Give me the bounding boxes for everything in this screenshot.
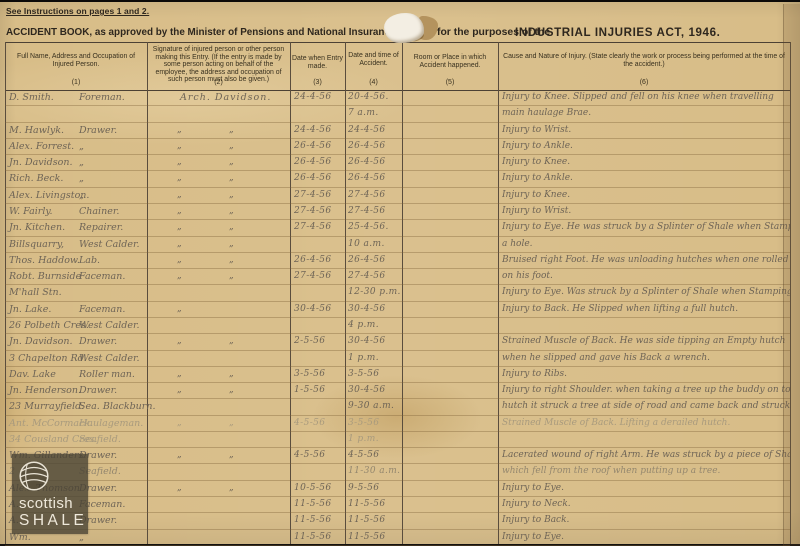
page-edge-shadow (784, 4, 800, 544)
page-title-act: INDUSTRIAL INJURIES ACT, 1946. (515, 26, 720, 39)
cell-name: Robt. Burnside (9, 271, 81, 282)
cell-accident-date: 3-5-56 (348, 418, 379, 428)
table-row: A.Drawer.11-5-5611-5-56Injury to Back. (5, 513, 790, 529)
cell-entry-date: 4-5-56 (294, 450, 325, 460)
cell-name: M. Hawlyk. (9, 125, 64, 136)
watermark-text-scottish: scottish (19, 495, 73, 512)
ditto-mark: „ (229, 173, 234, 183)
ditto-mark: „ (229, 450, 234, 460)
cell-accident-date: 26-4-56 (348, 173, 386, 183)
cell-accident-date: 26-4-56 (348, 141, 386, 151)
cell-occupation: „ (79, 157, 84, 168)
table-row: W. Fairly.Chainer.„„27-4-5627-4-56Injury… (5, 204, 790, 220)
table-row: 34 Cousland Cres.Seafield.1 p.m. (5, 432, 790, 448)
cell-occupation: Chainer. (79, 206, 119, 217)
cell-cause: Strained Muscle of Back. Lifting a derai… (502, 418, 730, 428)
cell-entry-date: 26-4-56 (294, 141, 332, 151)
table-row: Jn. Davidson.Drawer.„„2-5-5630-4-56Strai… (5, 334, 790, 350)
ditto-mark: „ (177, 255, 182, 265)
cell-accident-date: 11-5-56 (348, 532, 386, 542)
cell-cause: Injury to Eye. (502, 483, 564, 493)
cell-entry-date: 26-4-56 (294, 255, 332, 265)
cell-accident-date: 9-30 a.m. (348, 401, 394, 411)
ditto-mark: „ (229, 222, 234, 232)
table-row: Jn. Kitchen.Repairer.„„27-4-5625-4-56.In… (5, 220, 790, 236)
cell-accident-date: 11-5-56 (348, 515, 386, 525)
cell-cause: Injury to Neck. (502, 499, 571, 509)
ditto-mark: „ (229, 483, 234, 493)
cell-cause: Injury to Ribs. (502, 369, 567, 379)
cell-occupation: „ (79, 190, 84, 201)
table-row: Alex. Forrest.„„„26-4-5626-4-56Injury to… (5, 139, 790, 155)
cell-occupation: Faceman. (79, 271, 125, 282)
cell-occupation: Foreman. (79, 92, 125, 103)
cell-cause: on his foot. (502, 271, 553, 281)
table-row: M. Hawlyk.Drawer.„„24-4-5624-4-56Injury … (5, 123, 790, 139)
table-row: Rich. Beck.„„„26-4-5626-4-56Injury to An… (5, 171, 790, 187)
cell-accident-date: 12-30 p.m. (348, 287, 401, 297)
cell-cause: Injury to Knee. (502, 190, 570, 200)
cell-name: Jn. Davidson. (9, 336, 72, 347)
ditto-mark: „ (177, 369, 182, 379)
cell-accident-date: 27-4-56 (348, 271, 386, 281)
cell-entry-date: 11-5-56 (294, 499, 332, 509)
table-row: Wm.„11-5-5611-5-56Injury to Eye. (5, 530, 790, 544)
cell-entry-date: 10-5-56 (294, 483, 332, 493)
cell-accident-date: 30-4-56 (348, 304, 386, 314)
instructions-note: See Instructions on pages 1 and 2. (6, 6, 149, 16)
cell-accident-date: 11-5-56 (348, 499, 386, 509)
cell-accident-date: 30-4-56 (348, 336, 386, 346)
cell-accident-date: 9-5-56 (348, 483, 379, 493)
cell-accident-date: 4 p.m. (348, 320, 379, 330)
ditto-mark: „ (177, 336, 182, 346)
ditto-mark: „ (177, 173, 182, 183)
cell-accident-date: 4-5-56 (348, 450, 379, 460)
cell-occupation: Sea. Blackburn. (79, 401, 155, 412)
ditto-mark: „ (177, 239, 182, 249)
paper-hole (384, 13, 424, 43)
cell-name: Alex. Forrest. (9, 141, 74, 152)
cell-accident-date: 11-30 a.m. (348, 466, 400, 476)
ditto-mark: „ (177, 222, 182, 232)
cell-cause: Bruised right Foot. He was unloading hut… (502, 255, 790, 265)
ditto-mark: „ (229, 190, 234, 200)
table-row: D. Smith.Foreman.Arch. Davidson.24-4-562… (5, 90, 790, 106)
cell-accident-date: 30-4-56 (348, 385, 386, 395)
scan-border (0, 0, 800, 2)
ditto-mark: „ (177, 450, 182, 460)
cell-entry-date: 3-5-56 (294, 369, 325, 379)
cell-name: Jn. Henderson. (9, 385, 81, 396)
ditto-mark: „ (229, 385, 234, 395)
column-header-6: Cause and Nature of Injury. (State clear… (499, 43, 789, 90)
cell-entry-date: 4-5-56 (294, 418, 325, 428)
ditto-mark: „ (177, 157, 182, 167)
cell-accident-date: 27-4-56 (348, 206, 386, 216)
table-row: Wm. Gillanders.Drawer.„„4-5-564-5-56Lace… (5, 448, 790, 464)
cell-cause: Injury to right Shoulder. when taking a … (502, 385, 790, 395)
cell-cause: Injury to Eye. He was struck by a Splint… (502, 222, 790, 232)
cell-entry-date: 27-4-56 (294, 206, 332, 216)
ditto-mark: „ (229, 239, 234, 249)
cell-accident-date: 20-4-56. (348, 92, 389, 102)
ditto-mark: „ (177, 483, 182, 493)
cell-entry-date: 24-4-56 (294, 92, 332, 102)
ditto-mark: „ (177, 418, 182, 428)
table-row: 26 Polbeth Cres.West Calder.4 p.m. (5, 318, 790, 334)
cell-name: 26 Polbeth Cres. (9, 320, 89, 331)
cell-name: Alex. Livingston. (9, 190, 89, 201)
cell-cause: which fell from the roof when putting up… (502, 466, 720, 476)
table-row: Alex. Livingston.„„„27-4-5627-4-56Injury… (5, 188, 790, 204)
cell-cause: Strained Muscle of Back. He was side tip… (502, 336, 785, 346)
ditto-mark: „ (177, 190, 182, 200)
ditto-mark: „ (177, 125, 182, 135)
table-row: 7 a.m.main haulage Brae. (5, 106, 790, 122)
cell-name: Thos. Haddow. (9, 255, 80, 266)
cell-cause: Injury to Knee. (502, 157, 570, 167)
cell-entry-date: 27-4-56 (294, 222, 332, 232)
cell-name: Jn. Lake. (9, 304, 51, 315)
table-row: Ant. McCormack.Haulageman.„„4-5-563-5-56… (5, 416, 790, 432)
table-row: Dav. LakeRoller man.„„3-5-563-5-56Injury… (5, 367, 790, 383)
cell-accident-date: 7 a.m. (348, 108, 379, 118)
ditto-mark: „ (177, 206, 182, 216)
cell-cause: Injury to Wrist. (502, 206, 571, 216)
table-row: Jn. Henderson.Drawer.„„1-5-5630-4-56Inju… (5, 383, 790, 399)
cell-name: Jn. Davidson. (9, 157, 72, 168)
table-row: Jn. Lake.Faceman.„30-4-5630-4-56Injury t… (5, 302, 790, 318)
cell-occupation: Drawer. (79, 385, 117, 396)
table-row: Alex. ThomsonDrawer.„„10-5-569-5-56Injur… (5, 481, 790, 497)
cell-cause: Injury to Back. (502, 515, 569, 525)
table-row: 2 …Seafield.11-30 a.m.which fell from th… (5, 464, 790, 480)
cell-name: D. Smith. (9, 92, 54, 103)
cell-name: 3 Chapelton Rd. (9, 353, 87, 364)
ditto-mark: „ (177, 141, 182, 151)
table-row: 23 Murrayfield.Sea. Blackburn.9-30 a.m.h… (5, 399, 790, 415)
table-body: D. Smith.Foreman.Arch. Davidson.24-4-562… (5, 90, 790, 544)
ditto-mark: „ (229, 369, 234, 379)
cell-occupation: Haulageman. (79, 418, 143, 429)
cell-occupation: Seafield. (79, 434, 121, 445)
cell-accident-date: 3-5-56 (348, 369, 379, 379)
scanned-page: See Instructions on pages 1 and 2. ACCID… (0, 2, 800, 544)
cell-entry-date: 24-4-56 (294, 125, 332, 135)
ditto-mark: „ (229, 206, 234, 216)
ditto-mark: „ (229, 125, 234, 135)
cell-occupation: West Calder. (79, 320, 140, 331)
cell-name: Jn. Kitchen. (9, 222, 65, 233)
column-header-5: Room or Place in which Accident happened… (403, 43, 497, 90)
cell-cause: when he slipped and gave his Back a wren… (502, 353, 710, 363)
table-row: Billsquarry,West Calder.„„10 a.m.a hole. (5, 237, 790, 253)
cell-occupation: „ (79, 141, 84, 152)
table-row: Thos. Haddow.Lab.„„26-4-5626-4-56Bruised… (5, 253, 790, 269)
cell-occupation: Drawer. (79, 336, 117, 347)
column-header-3: Date when Entry made. (3) (291, 43, 344, 90)
cell-occupation: Faceman. (79, 304, 125, 315)
cell-occupation: Repairer. (79, 222, 123, 233)
cell-occupation: Lab. (79, 255, 100, 266)
watermark-text-shale: SHALE (19, 512, 87, 530)
cell-entry-date: 1-5-56 (294, 385, 325, 395)
cell-accident-date: 26-4-56 (348, 255, 386, 265)
cell-name: M'hall Stn. (9, 287, 62, 298)
cell-cause: Lacerated wound of right Arm. He was str… (502, 450, 790, 460)
cell-cause: Injury to Wrist. (502, 125, 571, 135)
ditto-mark: „ (229, 157, 234, 167)
cell-cause: Injury to Ankle. (502, 141, 573, 151)
ditto-mark: „ (229, 141, 234, 151)
cell-accident-date: 1 p.m. (348, 434, 379, 444)
cell-occupation: „ (79, 173, 84, 184)
ditto-mark: „ (177, 304, 182, 314)
cell-occupation: Roller man. (79, 369, 135, 380)
cell-cause: Injury to Back. He Slipped when lifting … (502, 304, 738, 314)
cell-cause: a hole. (502, 239, 533, 249)
cell-entry-date: 27-4-56 (294, 190, 332, 200)
ditto-mark: „ (177, 385, 182, 395)
cell-cause: Injury to Eye. (502, 532, 564, 542)
column-header-4: Date and time of Accident. (4) (346, 43, 401, 90)
cell-name: 23 Murrayfield. (9, 401, 84, 412)
cell-entry-date: 11-5-56 (294, 515, 332, 525)
column-header-1: Full Name, Address and Occupation of Inj… (6, 43, 146, 90)
cell-cause: main haulage Brae. (502, 108, 591, 118)
cell-accident-date: 25-4-56. (348, 222, 389, 232)
ditto-mark: „ (229, 418, 234, 428)
cell-occupation: Drawer. (79, 125, 117, 136)
ditto-mark: „ (229, 271, 234, 281)
cell-accident-date: 26-4-56 (348, 157, 386, 167)
cell-accident-date: 1 p.m. (348, 353, 379, 363)
cell-cause: Injury to Eye. Was struck by a Splinter … (502, 287, 790, 297)
watermark-badge: scottish SHALE (12, 454, 88, 534)
cell-entry-date: 26-4-56 (294, 173, 332, 183)
table-row: 3 Chapelton Rd.West Calder.1 p.m.when he… (5, 351, 790, 367)
table-row: M'hall Stn.12-30 p.m.Injury to Eye. Was … (5, 285, 790, 301)
table-row: A.Faceman.11-5-5611-5-56Injury to Neck. (5, 497, 790, 513)
cell-occupation: West Calder. (79, 353, 140, 364)
table-row: Robt. BurnsideFaceman.„„27-4-5627-4-56on… (5, 269, 790, 285)
ditto-mark: „ (229, 255, 234, 265)
cell-entry-date: 11-5-56 (294, 532, 332, 542)
ditto-mark: „ (229, 336, 234, 346)
cell-accident-date: 24-4-56 (348, 125, 386, 135)
cell-entry-date: 26-4-56 (294, 157, 332, 167)
column-header-2: Signature of injured person or other per… (148, 43, 289, 90)
page-title: ACCIDENT BOOK, as approved by the Minist… (6, 27, 395, 38)
cell-entry-date: 30-4-56 (294, 304, 332, 314)
cell-cause: hutch it struck a tree at side of road a… (502, 401, 790, 411)
globe-icon (15, 457, 53, 495)
cell-name: Dav. Lake (9, 369, 56, 380)
cell-signature: Arch. Davidson. (180, 92, 271, 103)
cell-cause: Injury to Knee. Slipped and fell on his … (502, 92, 774, 102)
cell-name: W. Fairly. (9, 206, 53, 217)
cell-entry-date: 27-4-56 (294, 271, 332, 281)
cell-entry-date: 2-5-56 (294, 336, 325, 346)
ditto-mark: „ (177, 271, 182, 281)
cell-cause: Injury to Ankle. (502, 173, 573, 183)
cell-accident-date: 10 a.m. (348, 239, 385, 249)
cell-accident-date: 27-4-56 (348, 190, 386, 200)
cell-name: Rich. Beck. (9, 173, 63, 184)
cell-occupation: West Calder. (79, 239, 140, 250)
cell-name: Billsquarry, (9, 239, 64, 250)
table-row: Jn. Davidson.„„„26-4-5626-4-56Injury to … (5, 155, 790, 171)
